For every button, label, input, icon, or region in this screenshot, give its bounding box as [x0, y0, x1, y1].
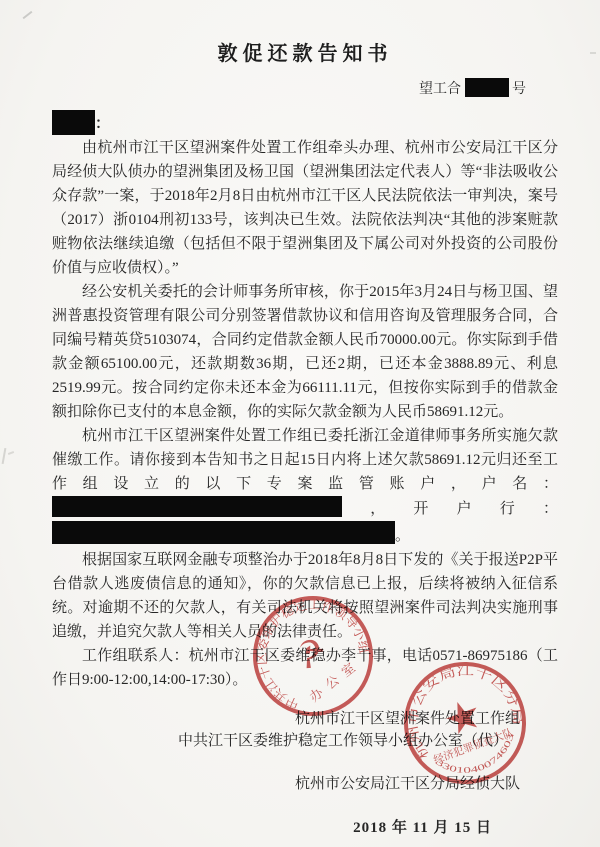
paragraph-repayment-account: 杭州市江干区望洲案件处置工作组已委托浙江金道律师事务所实施欠款催缴工作。请你接到…	[52, 424, 558, 548]
redaction-bank-name	[52, 521, 395, 544]
document-date: 2018 年 11 月 15 日	[52, 816, 558, 840]
reference-prefix: 望工合	[419, 82, 461, 97]
account-text-end: 。	[395, 528, 410, 544]
signature-work-group: 杭州市江干区望洲案件处置工作组	[52, 708, 558, 730]
redaction-reference-number	[465, 78, 509, 97]
signature-block: 杭州市江干区望洲案件处置工作组 中共江干区委维护稳定工作领导小组办公室（代） 杭…	[52, 708, 558, 840]
reference-suffix: 号	[512, 82, 526, 97]
reference-number-line: 望工合 号	[52, 78, 558, 102]
paragraph-case-background: 由杭州市江干区望洲案件处置工作组牵头办理、杭州市公安局江干区分局经侦大队侦办的望…	[52, 136, 558, 280]
account-text-between: ，开户行：	[342, 501, 558, 517]
paragraph-credit-warning: 根据国家互联网金融专项整治办于2018年8月8日下发的《关于报送P2P平台借款人…	[52, 548, 558, 644]
salutation-line: ：	[52, 110, 558, 136]
document-title: 敦促还款告知书	[52, 42, 558, 66]
signature-police-squad: 杭州市公安局江干区分局经侦大队	[52, 773, 558, 795]
paragraph-contact-info: 工作组联系人：杭州市江干区委维稳办李干事，电话0571-86975186（工作日…	[52, 644, 558, 692]
signature-stability-office: 中共江干区委维护稳定工作领导小组办公室（代）	[52, 730, 558, 752]
redaction-recipient-name	[52, 110, 95, 135]
account-text-before: 杭州市江干区望洲案件处置工作组已委托浙江金道律师事务所实施欠款催缴工作。请你接到…	[52, 428, 558, 492]
salutation-colon: ：	[95, 116, 110, 132]
paragraph-loan-details: 经公安机关委托的会计师事务所审核，你于2015年3月24日与杨卫国、望洲普惠投资…	[52, 280, 558, 424]
document-content: 敦促还款告知书 望工合 号 ： 由杭州市江干区望洲案件处置工作组牵头办理、杭州市…	[0, 42, 600, 840]
scanned-document-page: 敦促还款告知书 望工合 号 ： 由杭州市江干区望洲案件处置工作组牵头办理、杭州市…	[0, 0, 600, 847]
scan-artifact	[23, 11, 33, 19]
redaction-account-name	[52, 496, 342, 517]
